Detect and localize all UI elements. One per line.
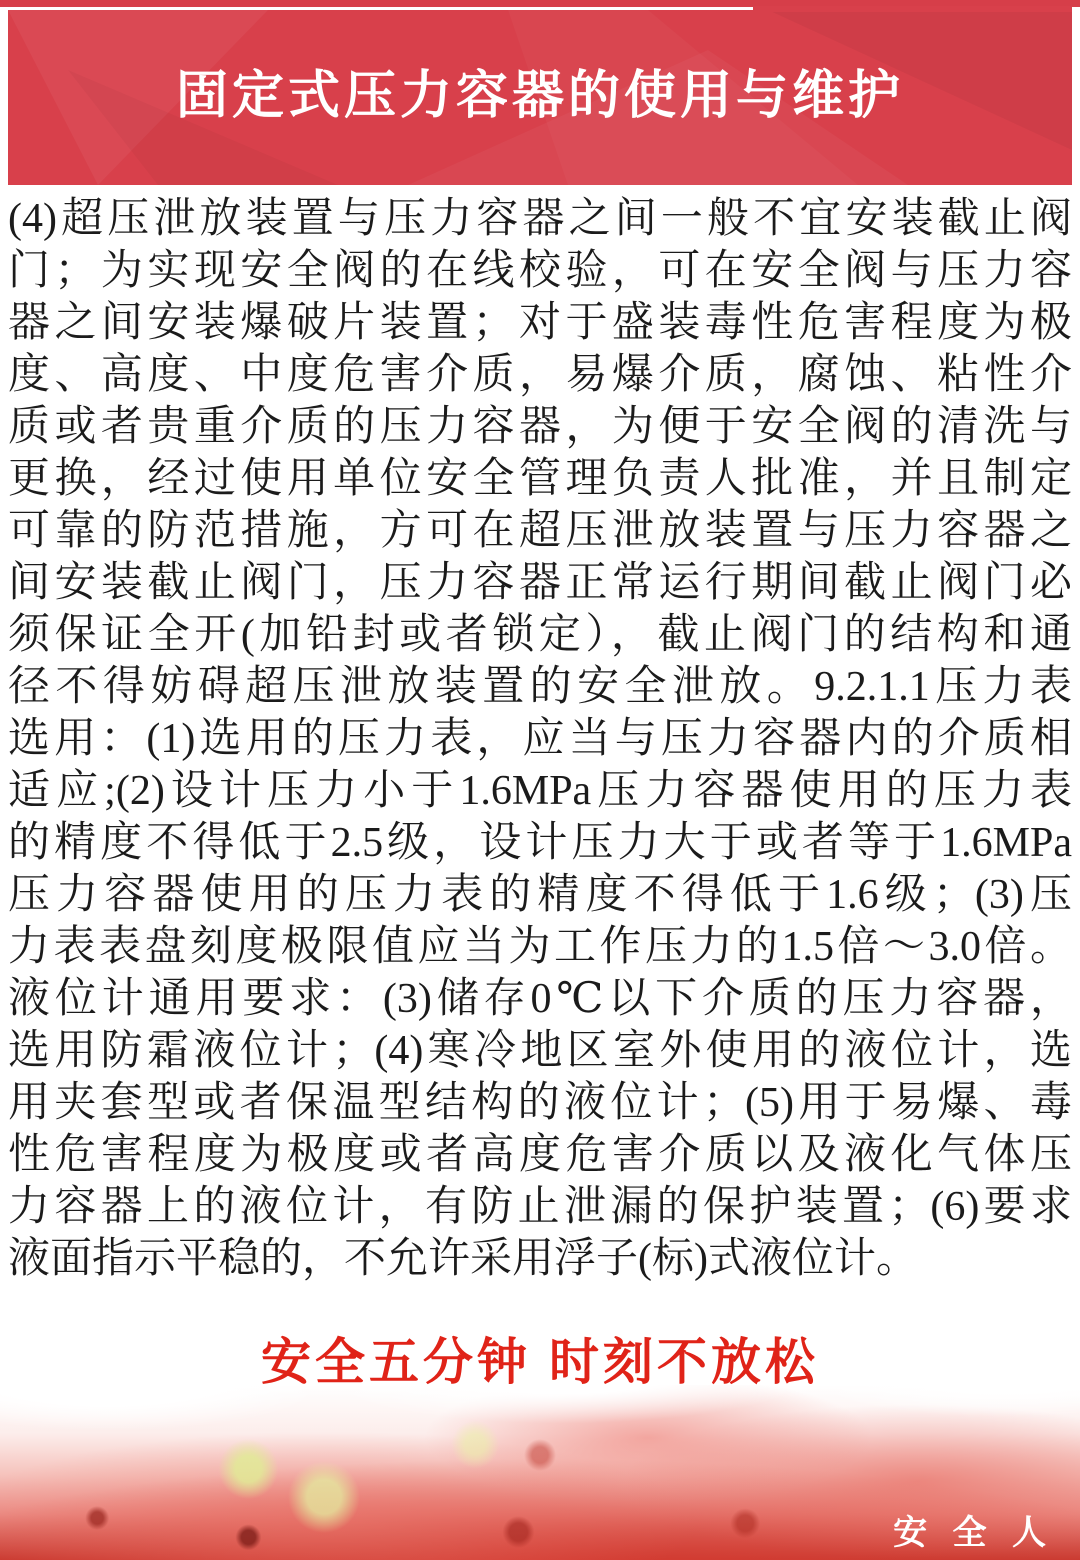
- slogan: 安全五分钟 时刻不放松: [0, 1322, 1080, 1394]
- text-line: 径不得妨碍超压泄放装置的安全泄放。9.2.1.1压力表: [8, 661, 1072, 713]
- text-line: 门；为实现安全阀的在线校验，可在安全阀与压力容: [8, 245, 1072, 297]
- text-line: 适应;(2)设计压力小于1.6MPa压力容器使用的压力表: [8, 765, 1072, 817]
- text-line: 更换，经过使用单位安全管理负责人批准，并且制定: [8, 453, 1072, 505]
- text-line: 须保证全开(加铅封或者锁定），截止阀门的结构和通: [8, 609, 1072, 661]
- text-line: 用夹套型或者保温型结构的液位计；(5)用于易爆、毒: [8, 1077, 1072, 1129]
- text-line: 选用防霜液位计；(4)寒冷地区室外使用的液位计，选: [8, 1025, 1072, 1077]
- text-line: 器之间安装爆破片装置；对于盛装毒性危害程度为极: [8, 297, 1072, 349]
- page-title: 固定式压力容器的使用与维护: [176, 53, 904, 128]
- text-line: 压力容器使用的压力表的精度不得低于1.6级；(3)压: [8, 869, 1072, 921]
- poster-page: 固定式压力容器的使用与维护 (4)超压泄放装置与压力容器之间一般不宜安装截止阀 …: [0, 0, 1080, 1560]
- text-line: 力表表盘刻度极限值应当为工作压力的1.5倍～3.0倍。: [8, 921, 1072, 973]
- text-line: 间安装截止阀门，压力容器正常运行期间截止阀门必: [8, 557, 1072, 609]
- text-line: (4)超压泄放装置与压力容器之间一般不宜安装截止阀: [8, 193, 1072, 245]
- text-line: 的精度不得低于2.5级，设计压力大于或者等于1.6MPa: [8, 817, 1072, 869]
- text-line: 液面指示平稳的，不允许采用浮子(标)式液位计。: [8, 1233, 1072, 1285]
- body-text: (4)超压泄放装置与压力容器之间一般不宜安装截止阀 门；为实现安全阀的在线校验，…: [8, 193, 1072, 1285]
- header-banner: 固定式压力容器的使用与维护: [8, 10, 1072, 185]
- text-line: 可靠的防范措施，方可在超压泄放装置与压力容器之: [8, 505, 1072, 557]
- text-line: 力容器上的液位计，有防止泄漏的保护装置；(6)要求: [8, 1181, 1072, 1233]
- watermark-text: 安 全 人: [893, 1505, 1054, 1554]
- text-line: 性危害程度为极度或者高度危害介质以及液化气体压: [8, 1129, 1072, 1181]
- text-line: 选用：(1)选用的压力表，应当与压力容器内的介质相: [8, 713, 1072, 765]
- text-line: 液位计通用要求：(3)储存0℃以下介质的压力容器，: [8, 973, 1072, 1025]
- text-line: 度、高度、中度危害介质，易爆介质，腐蚀、粘性介: [8, 349, 1072, 401]
- text-line: 质或者贵重介质的压力容器，为便于安全阀的清洗与: [8, 401, 1072, 453]
